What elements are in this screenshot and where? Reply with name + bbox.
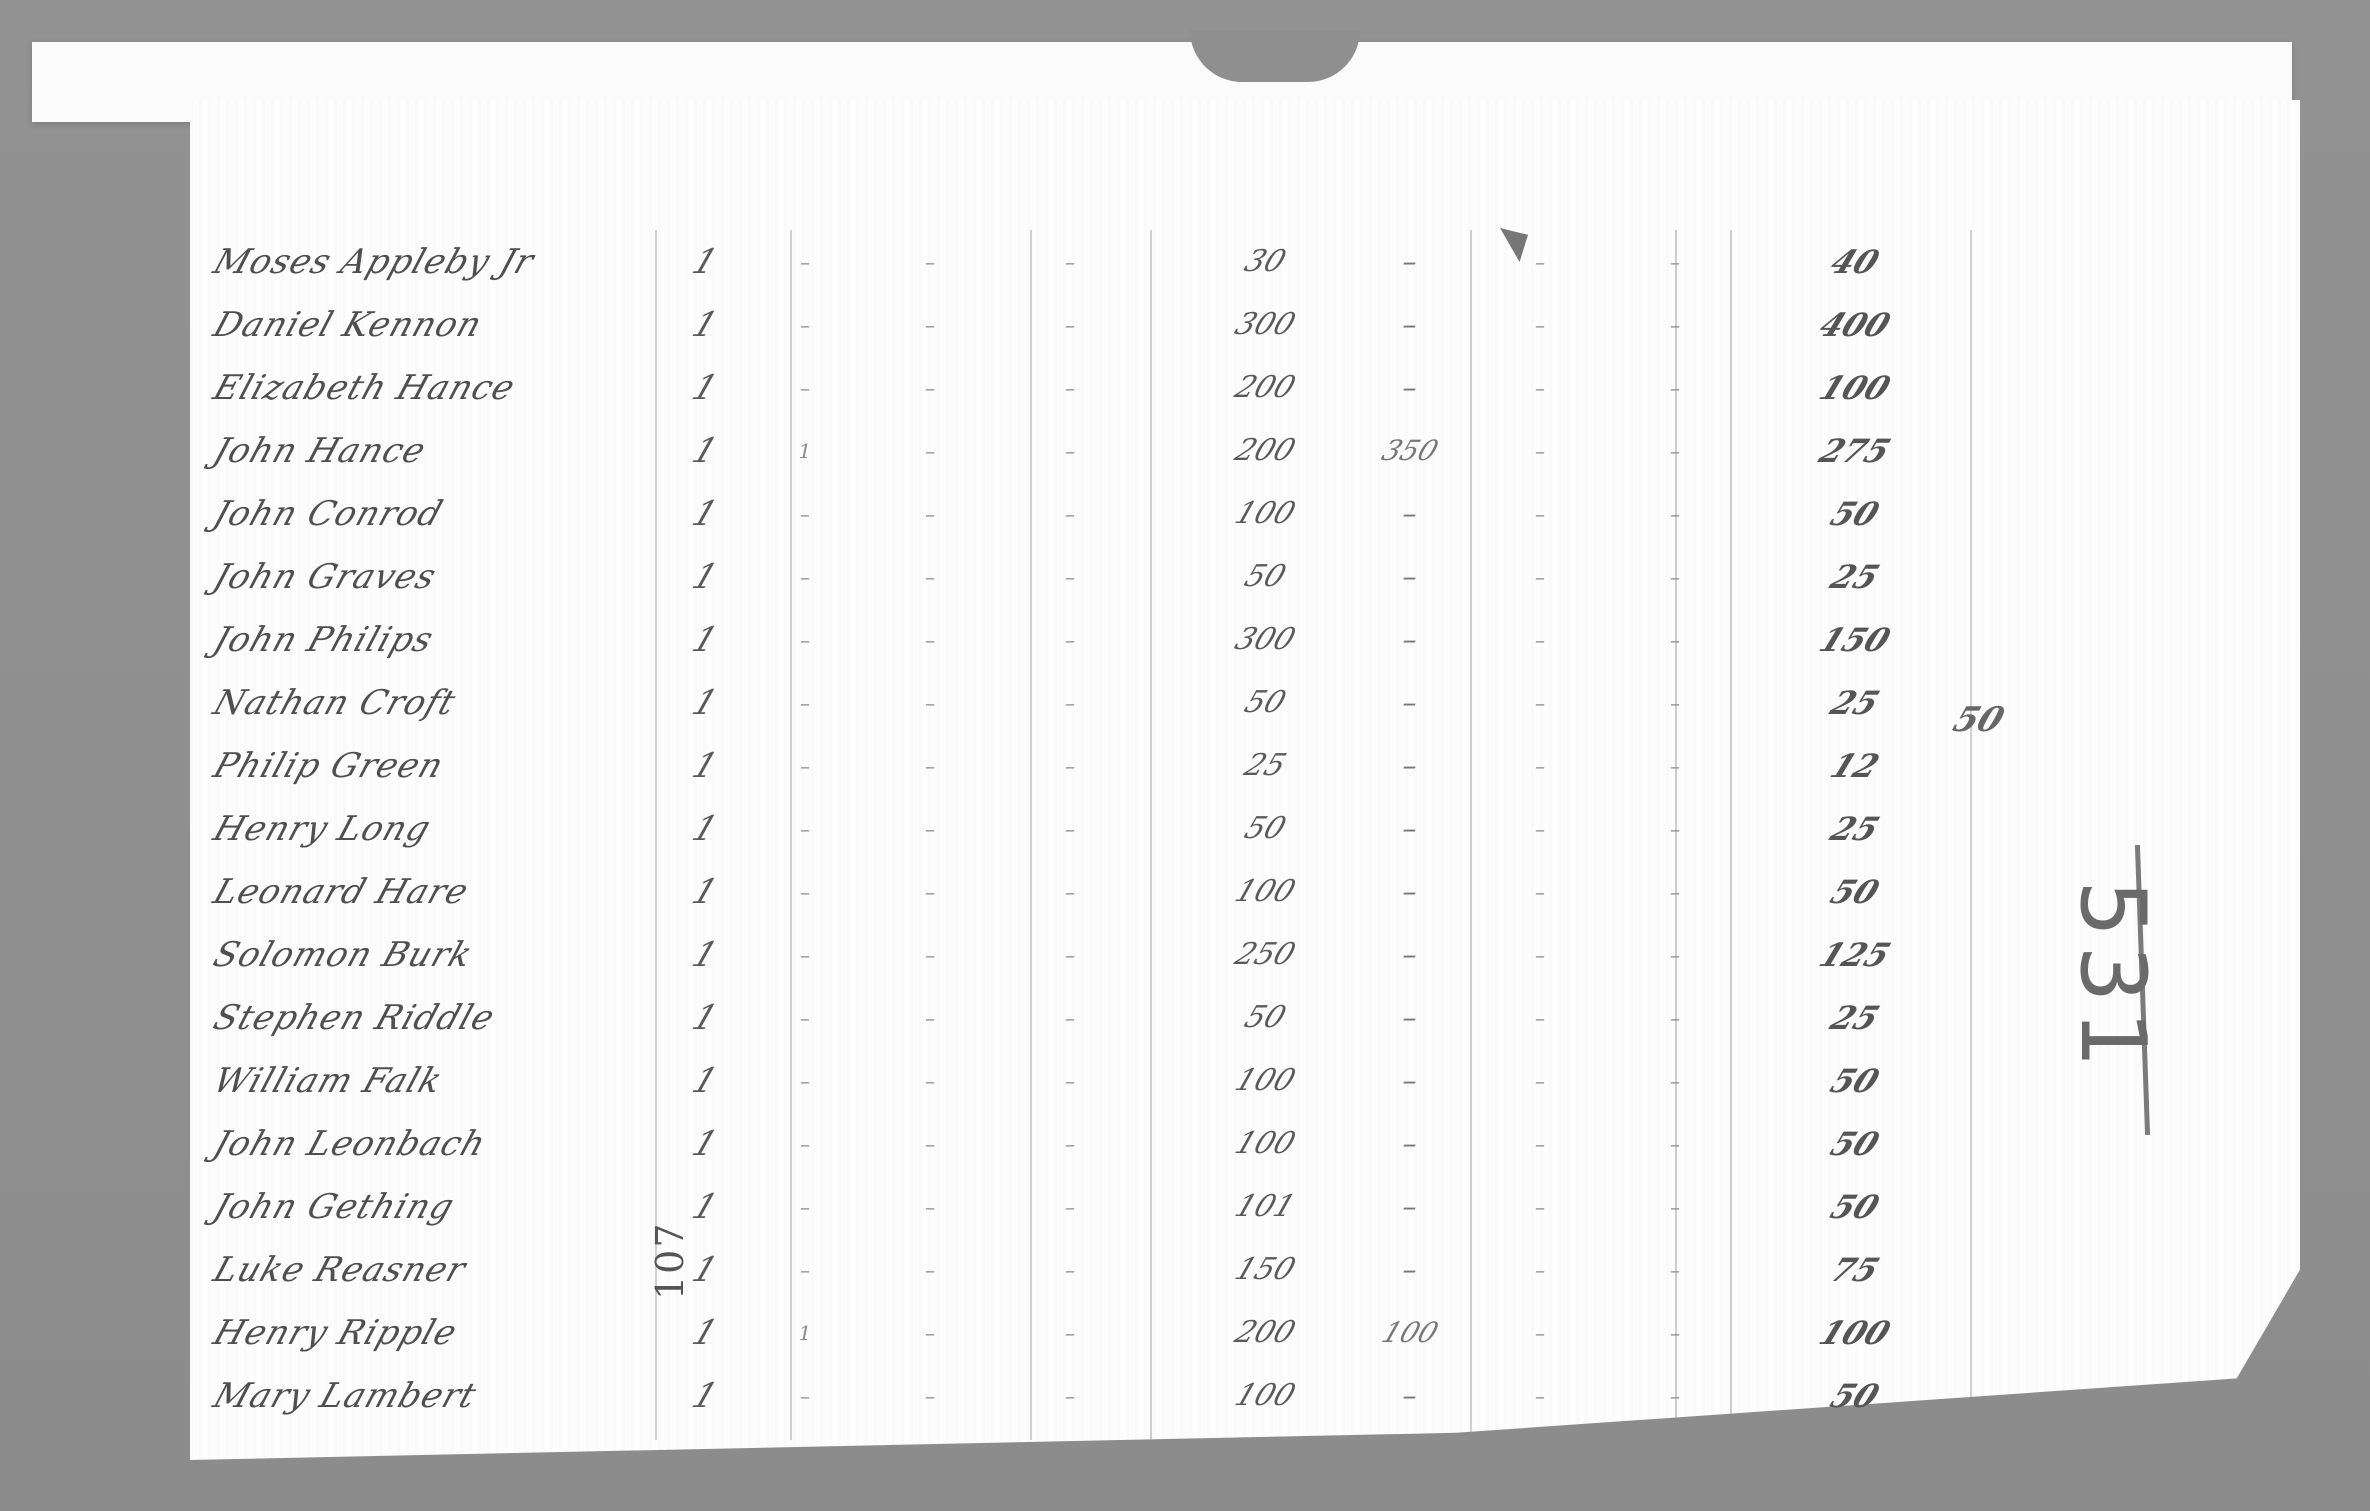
table-row: Philip Green1–––25–––12 (215, 742, 1965, 790)
ledger-name: Stephen Riddle (207, 994, 653, 1042)
table-row: Luke Reasner1–––150–––75 (215, 1246, 1965, 1294)
ledger-col-c: – (1035, 1057, 1105, 1105)
ledger-value-3: 40 (1785, 238, 1924, 286)
ledger-col-d: – (1510, 742, 1570, 790)
ledger-value-3: 25 (1785, 679, 1924, 727)
ledger-col-c: – (1035, 427, 1105, 475)
ledger-count: 1 (676, 301, 733, 349)
ledger-value-2: – (1346, 931, 1473, 979)
ledger-value-2: – (1346, 679, 1473, 727)
paper-notch (1190, 30, 1360, 82)
ledger-col-c: – (1035, 1372, 1105, 1420)
stamp-number: 107 (648, 1221, 692, 1300)
ledger-col-c: – (1035, 616, 1105, 664)
ledger-col-b: – (895, 553, 965, 601)
ledger-value-2: – (1346, 994, 1473, 1042)
ledger-col-e: – (1645, 1057, 1705, 1105)
ledger-value-2: – (1346, 1183, 1473, 1231)
page-number: 531 (2060, 880, 2165, 1076)
ledger-count: 1 (676, 1372, 733, 1420)
ledger-col-b: – (895, 301, 965, 349)
table-row: Nathan Croft1–––50–––25 (215, 679, 1965, 727)
table-row: Solomon Burk1–––250–––125 (215, 931, 1965, 979)
ledger-col-e: – (1645, 1309, 1705, 1357)
ledger-col-a: – (770, 805, 840, 853)
ledger-col-a: – (770, 742, 840, 790)
ledger-col-b: – (895, 1183, 965, 1231)
ledger-col-c: – (1035, 1309, 1105, 1357)
table-row: Moses Appleby Jr1–––30–––40 (215, 238, 1965, 286)
ledger-col-e: – (1645, 427, 1705, 475)
ledger-col-d: – (1510, 616, 1570, 664)
ledger-name: William Falk (207, 1057, 653, 1105)
ledger-col-c: – (1035, 301, 1105, 349)
ledger-value-3: 50 (1785, 868, 1924, 916)
table-row: Mary Lambert1–––100–––50 (215, 1372, 1965, 1420)
ledger-value-3: 50 (1785, 1372, 1924, 1420)
ledger-col-a: – (770, 553, 840, 601)
ledger-col-a: – (770, 931, 840, 979)
ledger-value-3: 75 (1785, 1246, 1924, 1294)
ledger-col-a: – (770, 1183, 840, 1231)
ledger-col-d: – (1510, 1057, 1570, 1105)
ledger-col-e: – (1645, 931, 1705, 979)
ledger-count: 1 (676, 490, 733, 538)
ledger-col-e: – (1645, 301, 1705, 349)
ledger-col-a: 1 (770, 1309, 840, 1357)
ledger-value-3: 400 (1785, 301, 1924, 349)
table-row: John Gething1–––101–––50 (215, 1183, 1965, 1231)
ledger-value-3: 275 (1785, 427, 1924, 475)
ledger-name: Henry Ripple (207, 1309, 653, 1357)
ledger-col-b: – (895, 742, 965, 790)
ledger-count: 1 (676, 616, 733, 664)
ledger-col-a: – (770, 868, 840, 916)
ledger-col-c: – (1035, 679, 1105, 727)
ledger-col-b: – (895, 931, 965, 979)
ledger-value-1: 300 (1196, 301, 1333, 349)
ledger-col-b: – (895, 364, 965, 412)
ledger-name: John Philips (207, 616, 653, 664)
ledger-col-d: – (1510, 1183, 1570, 1231)
ledger-value-2: – (1346, 490, 1473, 538)
ledger-col-e: – (1645, 805, 1705, 853)
ledger-col-d: – (1510, 1120, 1570, 1168)
ledger-col-b: – (895, 868, 965, 916)
ledger-value-1: 50 (1196, 679, 1333, 727)
table-row: William Falk1–––100–––50 (215, 1057, 1965, 1105)
ledger-name: Elizabeth Hance (207, 364, 653, 412)
table-row: John Graves1–––50–––25 (215, 553, 1965, 601)
ledger-col-b: – (895, 805, 965, 853)
table-row: Henry Long1–––50–––25 (215, 805, 1965, 853)
ledger-col-d: – (1510, 868, 1570, 916)
ledger-col-e: – (1645, 1246, 1705, 1294)
ledger-col-b: – (895, 994, 965, 1042)
ledger-name: Solomon Burk (207, 931, 653, 979)
ledger-value-2: – (1346, 742, 1473, 790)
ledger-col-b: – (895, 1246, 965, 1294)
ledger-value-3: 150 (1785, 616, 1924, 664)
ledger-col-e: – (1645, 1120, 1705, 1168)
ledger-col-a: – (770, 301, 840, 349)
ledger-col-a: – (770, 616, 840, 664)
table-row: Stephen Riddle1–––50–––25 (215, 994, 1965, 1042)
ledger-value-3: 100 (1785, 364, 1924, 412)
ledger-col-e: – (1645, 616, 1705, 664)
ledger-col-d: – (1510, 490, 1570, 538)
ledger-value-1: 101 (1196, 1183, 1333, 1231)
ledger-name: Daniel Kennon (207, 301, 653, 349)
ledger-col-c: – (1035, 742, 1105, 790)
ledger-value-3: 125 (1785, 931, 1924, 979)
table-row: Elizabeth Hance1–––200–––100 (215, 364, 1965, 412)
ledger-value-1: 200 (1196, 1309, 1333, 1357)
ledger-col-a: 1 (770, 427, 840, 475)
ledger-name: Philip Green (207, 742, 653, 790)
ledger-count: 1 (676, 805, 733, 853)
ledger-value-1: 200 (1196, 427, 1333, 475)
ledger-col-d: – (1510, 994, 1570, 1042)
ledger-count: 1 (676, 679, 733, 727)
table-row: John Hance11––200350––275 (215, 427, 1965, 475)
ledger-value-3: 25 (1785, 805, 1924, 853)
ledger-value-3: 50 (1785, 490, 1924, 538)
ledger-name: John Graves (207, 553, 653, 601)
ledger-col-e: – (1645, 868, 1705, 916)
table-row: John Philips1–––300–––150 (215, 616, 1965, 664)
ledger-col-e: – (1645, 1372, 1705, 1420)
ledger-col-c: – (1035, 994, 1105, 1042)
ledger-value-1: 200 (1196, 364, 1333, 412)
ledger-value-1: 250 (1196, 931, 1333, 979)
table-row: Henry Ripple11––200100––100 (215, 1309, 1965, 1357)
ledger-col-d: – (1510, 238, 1570, 286)
ledger-value-1: 100 (1196, 868, 1333, 916)
ledger-value-3: 100 (1785, 1309, 1924, 1357)
ledger-col-d: – (1510, 553, 1570, 601)
ledger-name: John Leonbach (207, 1120, 653, 1168)
ledger-value-1: 50 (1196, 994, 1333, 1042)
ledger-col-b: – (895, 427, 965, 475)
ledger-col-c: – (1035, 238, 1105, 286)
ledger-name: Nathan Croft (207, 679, 653, 727)
ledger-col-d: – (1510, 1246, 1570, 1294)
ledger-col-c: – (1035, 1183, 1105, 1231)
column-rule (1970, 230, 1972, 1440)
ledger-name: Mary Lambert (207, 1372, 653, 1420)
ledger-value-3: 25 (1785, 994, 1924, 1042)
ledger-value-2: – (1346, 805, 1473, 853)
ledger-value-1: 100 (1196, 1057, 1333, 1105)
table-row: Leonard Hare1–––100–––50 (215, 868, 1965, 916)
ledger-col-c: – (1035, 805, 1105, 853)
ledger-value-2: 350 (1346, 427, 1473, 475)
ledger-col-d: – (1510, 427, 1570, 475)
ledger-value-1: 300 (1196, 616, 1333, 664)
ledger-col-e: – (1645, 994, 1705, 1042)
ledger-count: 1 (676, 427, 733, 475)
ledger-value-1: 100 (1196, 1120, 1333, 1168)
ledger-col-e: – (1645, 238, 1705, 286)
ledger-col-d: – (1510, 364, 1570, 412)
ledger-count: 1 (676, 1120, 733, 1168)
ledger-col-d: – (1510, 1309, 1570, 1357)
ledger-name: John Gething (207, 1183, 653, 1231)
ledger-count: 1 (676, 1057, 733, 1105)
table-row: Daniel Kennon1–––300–––400 (215, 301, 1965, 349)
ledger-col-a: – (770, 1120, 840, 1168)
ledger-value-2: – (1346, 553, 1473, 601)
ledger-col-d: – (1510, 805, 1570, 853)
ledger-value-1: 25 (1196, 742, 1333, 790)
ledger-value-2: – (1346, 238, 1473, 286)
ledger-col-e: – (1645, 679, 1705, 727)
ledger-col-d: – (1510, 301, 1570, 349)
ledger-col-a: – (770, 238, 840, 286)
ledger-col-b: – (895, 1120, 965, 1168)
table-row: John Conrod1–––100–––50 (215, 490, 1965, 538)
ledger-value-1: 100 (1196, 490, 1333, 538)
ledger-col-c: – (1035, 364, 1105, 412)
ledger-col-e: – (1645, 364, 1705, 412)
ledger-col-a: – (770, 1246, 840, 1294)
ledger-col-b: – (895, 679, 965, 727)
ledger-value-1: 150 (1196, 1246, 1333, 1294)
ledger-value-2: – (1346, 1372, 1473, 1420)
ledger-col-a: – (770, 490, 840, 538)
ledger-col-c: – (1035, 1246, 1105, 1294)
ledger-col-c: – (1035, 868, 1105, 916)
ledger-col-a: – (770, 994, 840, 1042)
ledger-col-b: – (895, 1372, 965, 1420)
ledger-count: 1 (676, 238, 733, 286)
ledger-count: 1 (676, 742, 733, 790)
ledger-col-b: – (895, 238, 965, 286)
ledger-col-c: – (1035, 490, 1105, 538)
ledger-col-d: – (1510, 1372, 1570, 1420)
ledger-col-a: – (770, 1372, 840, 1420)
ledger-count: 1 (676, 868, 733, 916)
ledger-col-e: – (1645, 1183, 1705, 1231)
ledger-value-3: 50 (1785, 1057, 1924, 1105)
ledger-name: Moses Appleby Jr (207, 238, 653, 286)
ledger-value-3: 25 (1785, 553, 1924, 601)
ledger-col-b: – (895, 490, 965, 538)
ledger-value-3: 50 (1785, 1183, 1924, 1231)
ledger-value-2: – (1346, 868, 1473, 916)
ledger-col-c: – (1035, 1120, 1105, 1168)
ledger-col-b: – (895, 1057, 965, 1105)
ledger-name: Henry Long (207, 805, 653, 853)
ledger-col-e: – (1645, 553, 1705, 601)
ledger-value-2: – (1346, 1057, 1473, 1105)
ledger-value-2: – (1346, 1246, 1473, 1294)
ledger-count: 1 (676, 553, 733, 601)
ledger-col-a: – (770, 1057, 840, 1105)
ledger-value-2: – (1346, 364, 1473, 412)
ledger-count: 1 (676, 1309, 733, 1357)
ledger-value-1: 50 (1196, 805, 1333, 853)
table-row: John Leonbach1–––100–––50 (215, 1120, 1965, 1168)
ledger-value-1: 30 (1196, 238, 1333, 286)
ledger-col-c: – (1035, 931, 1105, 979)
ledger-name: Luke Reasner (207, 1246, 653, 1294)
ledger-value-2: – (1346, 616, 1473, 664)
ledger-value-3: 12 (1785, 742, 1924, 790)
ledger-count: 1 (676, 364, 733, 412)
ledger-count: 1 (676, 931, 733, 979)
ledger-col-b: – (895, 1309, 965, 1357)
ledger-name: John Conrod (207, 490, 653, 538)
ledger-col-c: – (1035, 553, 1105, 601)
ledger-value-2: – (1346, 1120, 1473, 1168)
ledger-col-a: – (770, 679, 840, 727)
ledger-col-b: – (895, 616, 965, 664)
ledger-value-3: 50 (1785, 1120, 1924, 1168)
ledger-col-e: – (1645, 742, 1705, 790)
ledger-value-1: 100 (1196, 1372, 1333, 1420)
ledger-count: 1 (676, 994, 733, 1042)
ledger-value-1: 50 (1196, 553, 1333, 601)
ledger-name: John Hance (207, 427, 653, 475)
ledger-col-d: – (1510, 931, 1570, 979)
ledger-value-2: 100 (1346, 1309, 1473, 1357)
ledger-name: Leonard Hare (207, 868, 653, 916)
ledger-col-a: – (770, 364, 840, 412)
ledger-col-e: – (1645, 490, 1705, 538)
ledger-col-d: – (1510, 679, 1570, 727)
ledger-value-2: – (1346, 301, 1473, 349)
